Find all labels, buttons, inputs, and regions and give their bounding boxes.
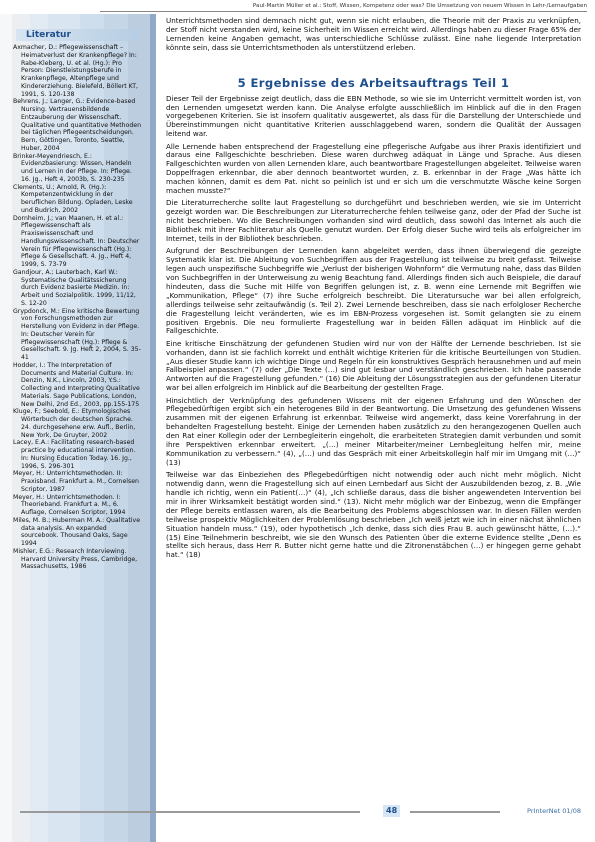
reference-item: Gandjour, A.; Lauterbach, Karl W.: Syste… [13,269,141,308]
reference-item: Dornheim, J.; van Maanen, H. et al.: Pfl… [13,215,141,269]
journal-name: PrInterNet 01/08 [527,806,581,816]
reference-list: Axmacher, D.: Pflegewissenschaft – Heima… [13,44,141,571]
body-paragraph: Dieser Teil der Ergebnisse zeigt deutlic… [166,95,581,140]
reference-item: Kluge, F.; Seebold, E.: Etymologisches W… [13,408,141,439]
body-paragraph: Die Literaturrecherche sollte laut Frage… [166,199,581,244]
body-paragraph: Alle Lernende haben entsprechend der Fra… [166,143,581,196]
body-paragraph: Aufgrund der Beschreibungen der Lernende… [166,247,581,336]
reference-item: Meyer, H.: Unterrichtsmethoden. II: Prax… [13,470,141,493]
main-text-column: Unterrichtsmethoden sind demnach nicht g… [166,17,581,564]
footer-rule-right [410,811,500,813]
body-paragraph: Eine kritische Einschätzung der gefunden… [166,340,581,393]
intro-paragraph: Unterrichtsmethoden sind demnach nicht g… [166,17,581,53]
body-paragraph: Teilweise war das Einbeziehen des Pflege… [166,471,581,560]
reference-item: Grypdonck, M.: Eine kritische Bewertung … [13,308,141,362]
page-footer: 48 PrInterNet 01/08 [20,805,581,819]
reference-item: Miles, M. B.; Huberman M. A.: Qualitativ… [13,517,141,548]
literature-sidebar: Literatur Axmacher, D.: Pflegewissenscha… [0,14,156,842]
reference-item: Hodder, I.: The Interpretation of Docume… [13,362,141,409]
body-paragraph: Hinsichtlich der Verknüpfung des gefunde… [166,397,581,468]
reference-item: Lacey, E.A.: Facilitating research-based… [13,439,141,470]
reference-item: Clements, U.; Arnold, R. (Hg.): Kompeten… [13,184,141,215]
reference-item: Meyer, H.: Unterrichtsmethoden. I: Theor… [13,494,141,517]
reference-item: Mishler, E.G.: Research Interviewing. Ha… [13,548,141,571]
reference-item: Behrens, J.; Langer, G.: Evidence-based … [13,98,141,152]
footer-rule-left [20,811,360,813]
page-number: 48 [383,805,400,817]
reference-item: Axmacher, D.: Pflegewissenschaft – Heima… [13,44,141,98]
reference-item: Brinker-Meyendriesch, E.: Evidenzbasieru… [13,153,141,184]
literature-heading: Literatur [16,29,140,41]
section-title: 5 Ergebnisse des Arbeitsauftrags Teil 1 [166,76,581,90]
running-head: Paul-Martin Müller et al.: Stoff, Wissen… [100,3,587,12]
